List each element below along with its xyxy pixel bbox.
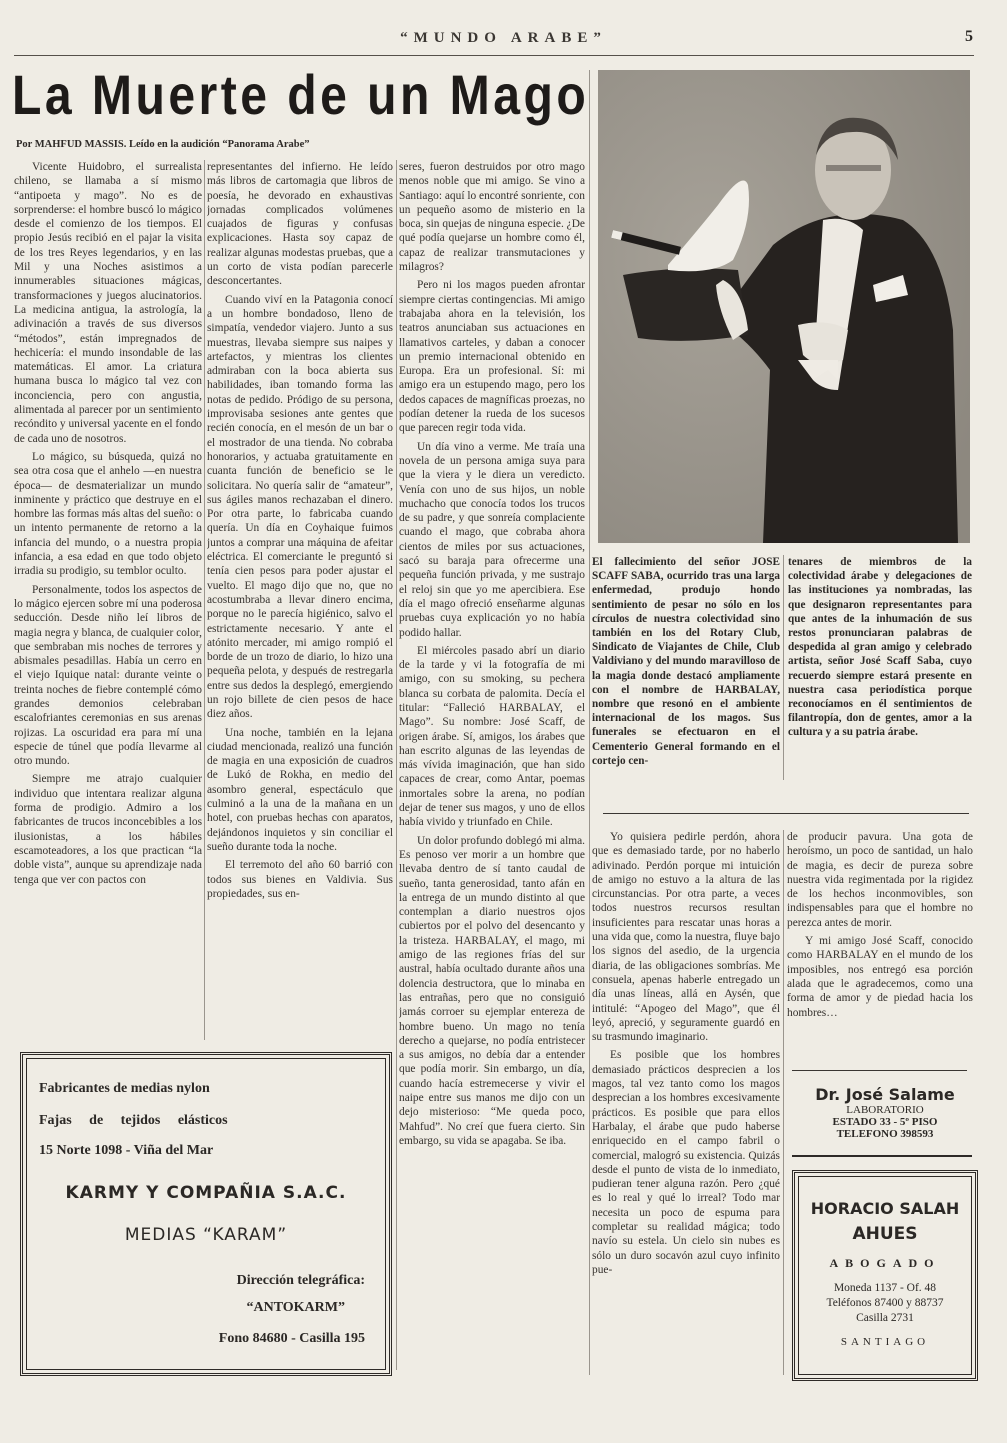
magician-illustration <box>598 70 970 543</box>
ad-rule <box>792 1070 967 1071</box>
ad-horacio-profession: ABOGADO <box>795 1256 975 1271</box>
ad-karmy-telegraph-value: “ANTOKARM” <box>246 1300 345 1316</box>
column-divider <box>396 160 397 1370</box>
ad-karmy-telegraph-label: Dirección telegráfica: <box>237 1273 365 1289</box>
paragraph: Es posible que los hombres demasiado prá… <box>592 1048 780 1277</box>
article-column-5: de producir pavura. Una gota de heroísmo… <box>787 830 973 1045</box>
ad-karmy-company: KARMY Y COMPAÑIA S.A.C. <box>23 1183 389 1203</box>
ad-horacio-name2: AHUES <box>795 1224 975 1244</box>
ad-karmy-line3: 15 Norte 1098 - Viña del Mar <box>39 1143 213 1159</box>
publication-masthead: “MUNDO ARABE” <box>0 30 1007 47</box>
header-rule <box>14 55 974 56</box>
paragraph: Y mi amigo José Scaff, conocido como HAR… <box>787 934 973 1020</box>
column-divider <box>204 160 205 1040</box>
caption-divider <box>783 555 784 780</box>
page-number: 5 <box>965 28 973 46</box>
ad-karmy-brand: MEDIAS “KARAM” <box>23 1225 389 1245</box>
paragraph: El terremoto del año 60 barrió con todos… <box>207 858 393 901</box>
ad-salame-name: Dr. José Salame <box>790 1085 980 1104</box>
article-byline: Por MAHFUD MASSIS. Leído en la audición … <box>16 139 310 150</box>
ad-salame-line3: TELEFONO 398593 <box>790 1128 980 1140</box>
paragraph: Una noche, también en la lejana ciudad m… <box>207 726 393 855</box>
caption-rule <box>603 813 969 814</box>
magician-photo <box>598 70 970 543</box>
paragraph: Lo mágico, su búsqueda, quizá no sea otr… <box>14 450 202 579</box>
ad-karmy-line2: Fajas de tejidos elásticos <box>39 1113 228 1129</box>
column-divider <box>783 830 784 1375</box>
ad-karmy-contact: Fono 84680 - Casilla 195 <box>219 1331 365 1347</box>
photo-caption-left: El fallecimiento del señor JOSE SCAFF SA… <box>592 555 780 768</box>
article-column-1: Vicente Huidobro, el surrealista chileno… <box>14 160 202 1040</box>
photo-caption-right: tenares de miembros de la colectividad á… <box>788 555 972 740</box>
ad-horacio-name1: HORACIO SALAH <box>795 1199 975 1218</box>
paragraph: de producir pavura. Una gota de heroísmo… <box>787 830 973 930</box>
ad-horacio-city: SANTIAGO <box>795 1336 975 1348</box>
article-column-3: seres, fueron destruidos por otro mago m… <box>399 160 585 1375</box>
article-column-2: representantes del infierno. He leído má… <box>207 160 393 1040</box>
paragraph: Personalmente, todos los aspectos de lo … <box>14 583 202 769</box>
paragraph: Pero ni los magos pueden afrontar siempr… <box>399 278 585 435</box>
paragraph: Vicente Huidobro, el surrealista chileno… <box>14 160 202 446</box>
ad-salame-line1: LABORATORIO <box>790 1104 980 1116</box>
ad-salame-line2: ESTADO 33 - 5º PISO <box>790 1116 980 1128</box>
column-divider <box>589 70 590 1375</box>
paragraph: Cuando viví en la Patagonia conocí a un … <box>207 293 393 722</box>
paragraph: Un dolor profundo doblegó mi alma. Es pe… <box>399 834 585 1149</box>
salame-advertisement: Dr. José Salame LABORATORIO ESTADO 33 - … <box>790 1085 980 1140</box>
paragraph: Un día vino a verme. Me traía una novela… <box>399 440 585 640</box>
paragraph: Yo quisiera pedirle perdón, ahora que es… <box>592 830 780 1044</box>
article-title: La Muerte de un Mago <box>12 62 511 127</box>
paragraph: seres, fueron destruidos por otro mago m… <box>399 160 585 274</box>
ad-divider <box>792 1155 972 1157</box>
ad-horacio-address: Moneda 1137 - Of. 48 <box>795 1281 975 1296</box>
horacio-advertisement: HORACIO SALAH AHUES ABOGADO Moneda 1137 … <box>792 1170 978 1381</box>
ad-horacio-box: Casilla 2731 <box>795 1311 975 1326</box>
article-column-4: Yo quisiera pedirle perdón, ahora que es… <box>592 830 780 1375</box>
ad-horacio-phones: Teléfonos 87400 y 88737 <box>795 1296 975 1311</box>
paragraph: representantes del infierno. He leído má… <box>207 160 393 289</box>
paragraph: El miércoles pasado abrí un diario de la… <box>399 644 585 830</box>
karmy-advertisement: Fabricantes de medias nylon Fajas de tej… <box>20 1052 392 1376</box>
ad-karmy-line1: Fabricantes de medias nylon <box>39 1081 210 1097</box>
paragraph: Siempre me atrajo cualquier individuo qu… <box>14 772 202 886</box>
